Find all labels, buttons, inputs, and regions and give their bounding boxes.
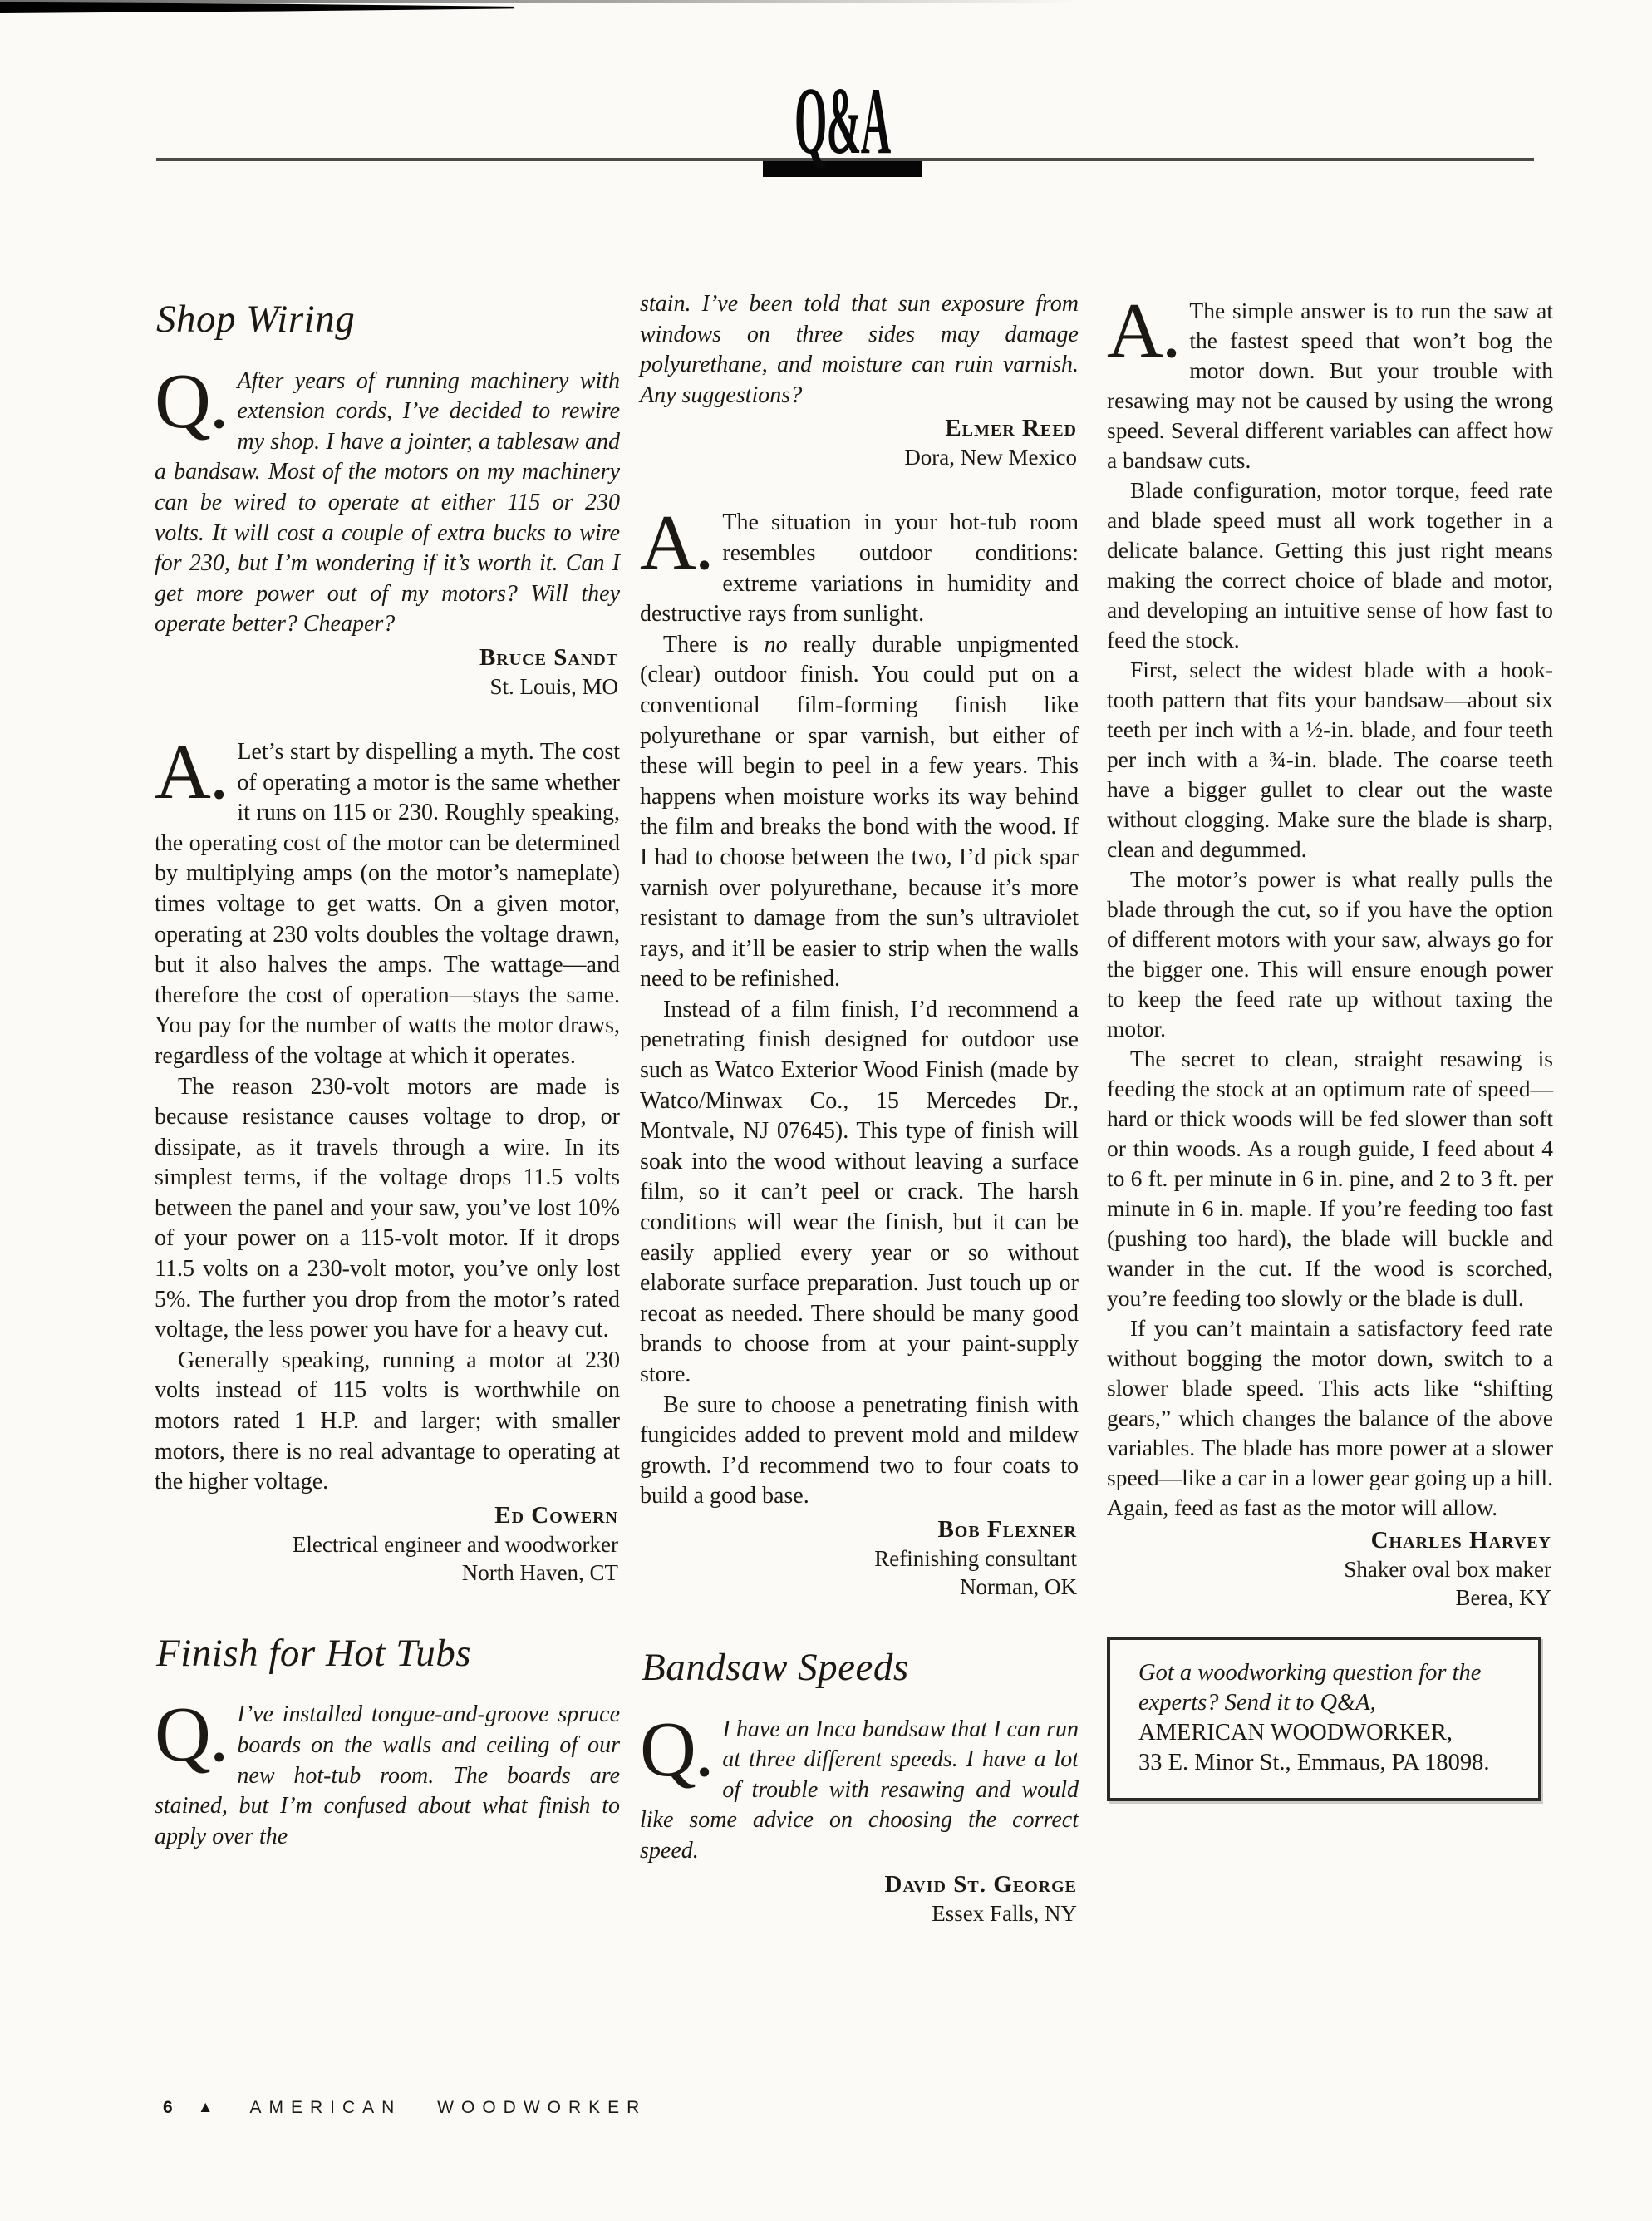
byline-sub: North Haven, CT [155,1559,618,1587]
byline: Ed Cowern Electrical engineer and woodwo… [155,1501,618,1587]
answer-dropcap: A. [640,512,712,574]
answer-paragraph: The secret to clean, straight resawing i… [1107,1044,1553,1313]
question-continuation-text: stain. I’ve been told that sun exposure … [640,289,1079,411]
section-title-hot-tubs: Finish for Hot Tubs [156,1632,620,1676]
byline-sub: Norman, OK [640,1573,1077,1601]
byline-sub: Electrical engineer and woodworker [155,1530,618,1559]
section-title-bandsaw-speeds: Bandsaw Speeds [642,1646,1079,1690]
answer-paragraph: Generally speaking, running a motor at 2… [155,1346,620,1498]
byline-name: Bruce Sandt [155,643,618,672]
byline: Bob Flexner Refinishing consultant Norma… [640,1515,1077,1601]
magazine-name: AMERICAN WOODWORKER [250,2098,647,2118]
answer-paragraph: A.The situation in your hot-tub room res… [640,508,1079,629]
question-dropcap: Q. [155,1704,227,1765]
page-footer: 6 ▲ AMERICAN WOODWORKER [163,2098,647,2118]
byline-name: Charles Harvey [1107,1526,1551,1555]
section-title-shop-wiring: Shop Wiring [156,298,620,342]
magazine-page: Q&A Shop Wiring Q.After years of running… [0,0,1652,2221]
byline-name: Elmer Reed [640,414,1077,443]
answer-hot-tubs: A.The situation in your hot-tub room res… [640,508,1079,1512]
byline: Bruce Sandt St. Louis, MO [155,643,618,701]
answer-paragraph: First, select the widest blade with a ho… [1107,655,1553,864]
qa-submission-box: Got a woodworking question for the exper… [1107,1637,1541,1801]
answer-paragraph: A.The simple answer is to run the saw at… [1107,296,1553,475]
answer-bandsaw-speeds: A.The simple answer is to run the saw at… [1107,296,1553,1523]
byline-name: Ed Cowern [155,1501,618,1530]
answer-paragraph: The reason 230-volt motors are made is b… [155,1072,620,1346]
triangle-icon: ▲ [198,2099,214,2117]
answer-text: There is [663,632,765,657]
answer-dropcap: A. [155,741,227,803]
answer-paragraph: Instead of a film finish, I’d recommend … [640,995,1079,1391]
column-middle: stain. I’ve been told that sun exposure … [640,289,1079,1948]
page-number: 6 [163,2098,173,2118]
byline-sub: Dora, New Mexico [640,443,1077,471]
answer-paragraph: There is no really durable unpigmented (… [640,630,1079,995]
question-paragraph: Q.I’ve installed tongue-and-groove spruc… [155,1700,620,1852]
byline-name: David St. George [640,1870,1077,1899]
byline-sub: Essex Falls, NY [640,1899,1077,1928]
answer-paragraph: The motor’s power is what really pulls t… [1107,864,1553,1044]
submission-address: 33 E. Minor St., Emmaus, PA 18098. [1138,1748,1517,1778]
answer-paragraph: If you can’t maintain a satisfactory fee… [1107,1313,1553,1523]
question-paragraph: Q.I have an Inca bandsaw that I can run … [640,1715,1079,1867]
byline-sub: Shaker oval box maker [1107,1555,1551,1583]
byline-sub: St. Louis, MO [155,672,618,701]
answer-paragraph: A.Let’s start by dispelling a myth. The … [155,737,620,1072]
scan-artifact-streak [0,2,514,13]
column-right: A.The simple answer is to run the saw at… [1107,296,1553,1801]
submission-prompt: Got a woodworking question for the exper… [1138,1660,1481,1716]
page-title: Q&A [794,73,890,169]
question-paragraph: Q.After years of running machinery with … [155,367,620,640]
byline-sub: Refinishing consultant [640,1544,1077,1573]
submission-magazine: AMERICAN WOODWORKER, [1138,1718,1517,1748]
byline: David St. George Essex Falls, NY [640,1870,1077,1928]
column-left: Shop Wiring Q.After years of running mac… [155,293,620,1852]
answer-text: really durable unpigmented (clear) outdo… [640,632,1079,992]
byline: Elmer Reed Dora, New Mexico [640,414,1077,471]
answer-paragraph: Be sure to choose a penetrating finish w… [640,1391,1079,1512]
byline: Charles Harvey Shaker oval box maker Ber… [1107,1526,1551,1612]
answer-text-emphasis: no [765,632,788,657]
question-dropcap: Q. [155,371,227,432]
byline-sub: Berea, KY [1107,1583,1551,1612]
question-dropcap: Q. [640,1719,712,1780]
scan-artifact-line [0,0,1114,3]
byline-name: Bob Flexner [640,1515,1077,1544]
answer-shop-wiring: A.Let’s start by dispelling a myth. The … [155,737,620,1498]
answer-dropcap: A. [1107,300,1179,362]
answer-paragraph: Blade configuration, motor torque, feed … [1107,475,1553,655]
